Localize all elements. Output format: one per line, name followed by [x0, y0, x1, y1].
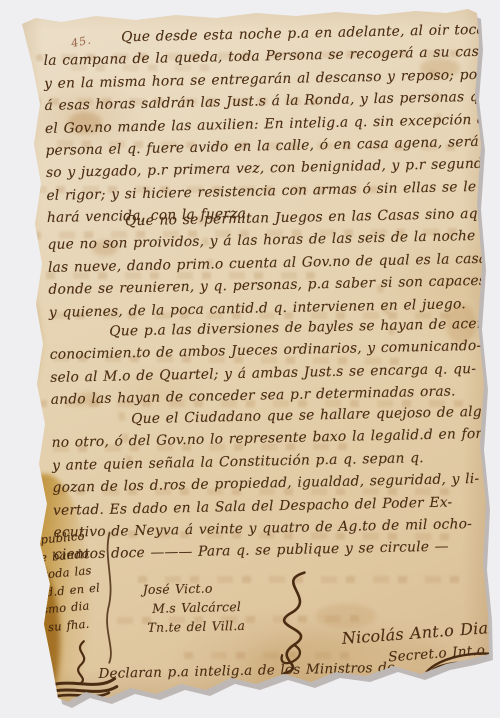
- signature-block-left: José Vict.o M.s Valcárcel Tn.te del Vill…: [143, 578, 246, 637]
- paragraph-curfew: Que desde esta noche p.a en adelante, al…: [43, 19, 483, 230]
- photo-backdrop: { "photo": { "description": "Photograph …: [0, 0, 500, 718]
- manuscript-page: 45. Que desde esta noche p.a en adelante…: [16, 4, 492, 710]
- paragraph-games: Que no se permitan Juegos en las Casas s…: [47, 203, 485, 324]
- signature-line: Tn.te del Vill.a: [147, 616, 245, 637]
- paragraph-dances: Que p.a las diversiones de bayles se hay…: [49, 313, 487, 412]
- margin-brace: [100, 531, 121, 665]
- signature-line: M.s Valcárcel: [152, 597, 245, 618]
- stain-left-small: [12, 294, 40, 386]
- signature-line: José Vict.o: [143, 578, 245, 599]
- margin-note-line: de su fha.: [28, 614, 107, 638]
- executive-rubric-flourish: [246, 568, 334, 666]
- handwritten-content: 45. Que desde esta noche p.a en adelante…: [8, 0, 499, 711]
- margin-note: Se publicó este bando en toda las Ciud.d…: [20, 526, 107, 638]
- closing-declaration-line: Declaran p.a intelig.a de los Ministros …: [98, 657, 395, 686]
